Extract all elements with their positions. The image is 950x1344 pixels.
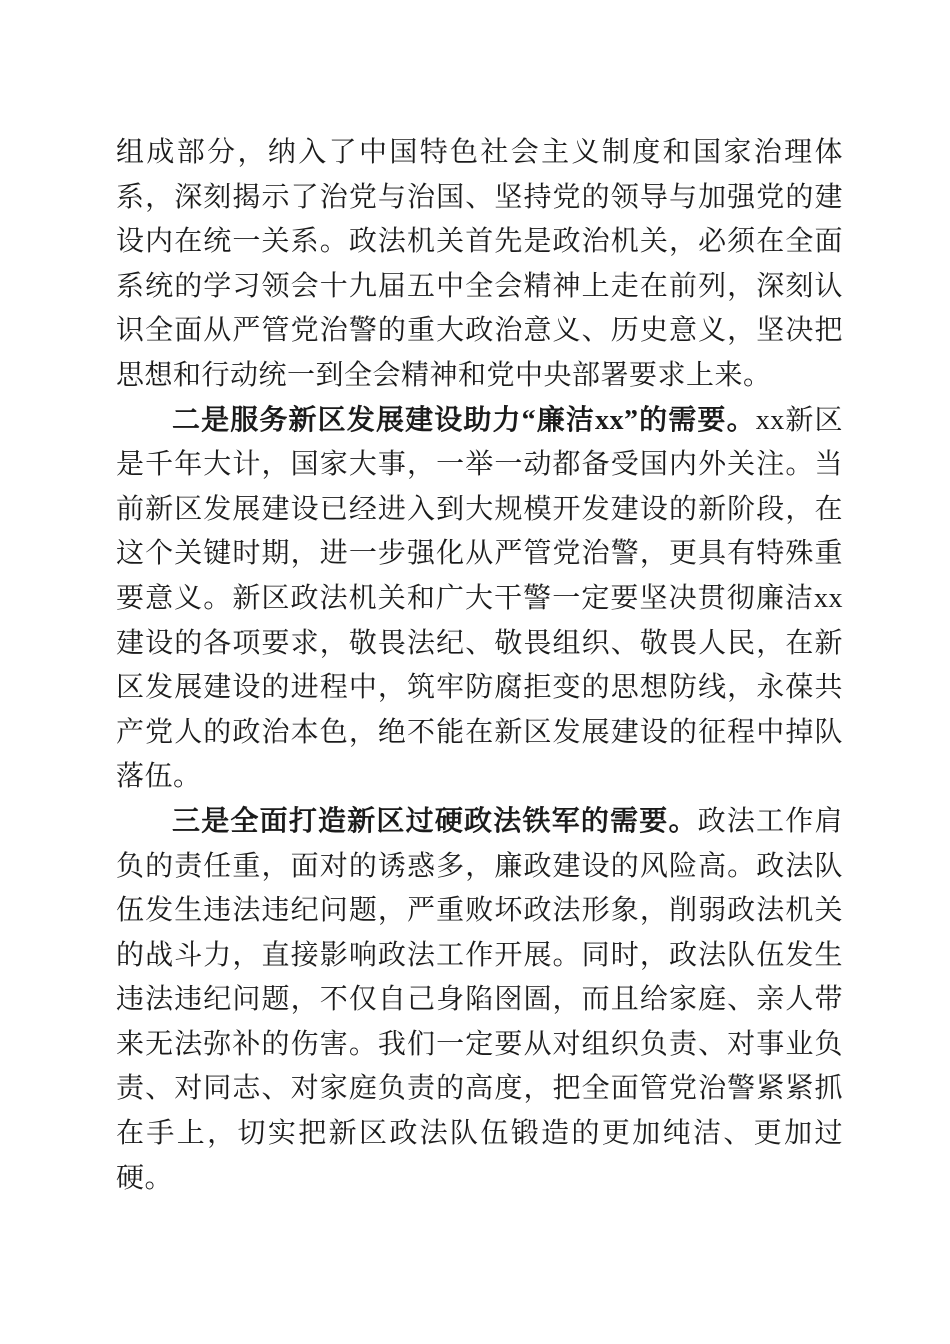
paragraph-lead-bold: 三是全面打造新区过硬政法铁军的需要。 (172, 806, 698, 837)
document-page: 组成部分，纳入了中国特色社会主义制度和国家治理体系，深刻揭示了治党与治国、坚持党… (0, 0, 950, 1344)
paragraph-continuation: 组成部分，纳入了中国特色社会主义制度和国家治理体系，深刻揭示了治党与治国、坚持党… (116, 131, 843, 399)
paragraph-text: xx新区是千年大计，国家大事，一举一动都备受国内外关注。当前新区发展建设已经进入… (116, 405, 843, 793)
paragraph-point-two: 二是服务新区发展建设助力“廉洁xx”的需要。xx新区是千年大计，国家大事，一举一… (116, 399, 843, 800)
paragraph-lead-bold: 二是服务新区发展建设助力“廉洁xx”的需要。 (172, 405, 756, 436)
document-body: 组成部分，纳入了中国特色社会主义制度和国家治理体系，深刻揭示了治党与治国、坚持党… (116, 131, 843, 1201)
paragraph-text: 组成部分，纳入了中国特色社会主义制度和国家治理体系，深刻揭示了治党与治国、坚持党… (116, 137, 843, 391)
paragraph-text: 政法工作肩负的责任重，面对的诱惑多，廉政建设的风险高。政法队伍发生违法违纪问题，… (116, 806, 843, 1194)
paragraph-point-three: 三是全面打造新区过硬政法铁军的需要。政法工作肩负的责任重，面对的诱惑多，廉政建设… (116, 800, 843, 1201)
